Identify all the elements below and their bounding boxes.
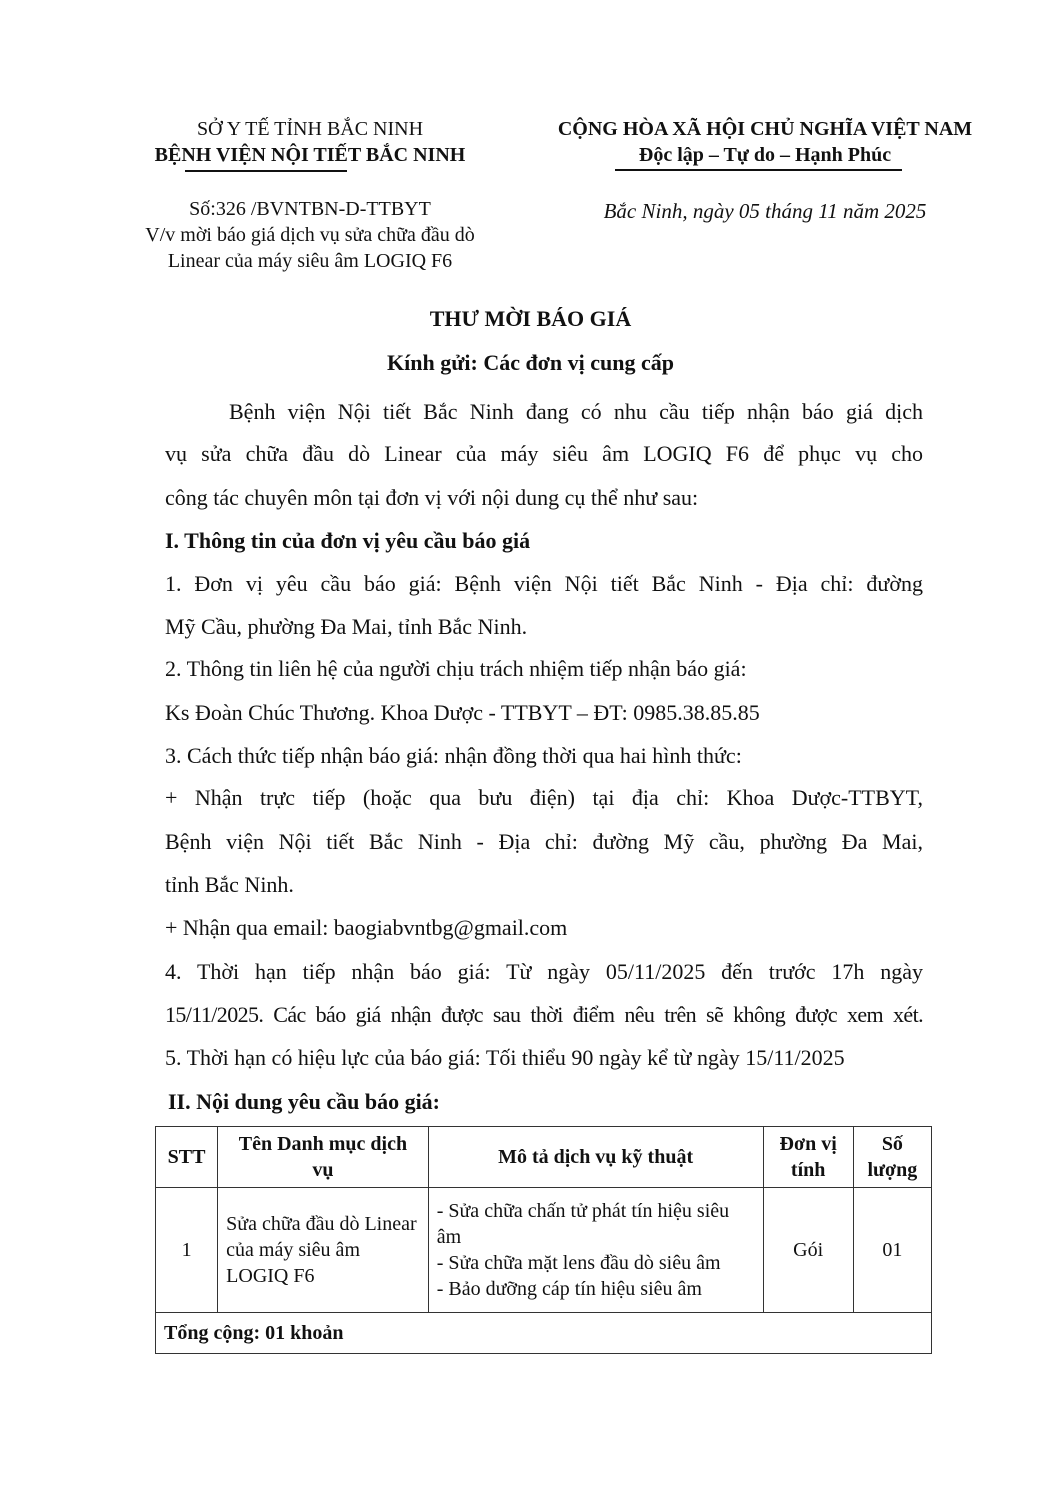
table-row: 1 Sửa chữa đầu dò Linear của máy siêu âm… xyxy=(156,1188,932,1313)
email-line: + Nhận qua email: baogiabvntbg@gmail.com xyxy=(165,914,923,942)
section-1-line: Mỹ Cầu, phường Đa Mai, tỉnh Bắc Ninh. xyxy=(165,613,923,641)
intro-line: Bệnh viện Nội tiết Bắc Ninh đang có nhu … xyxy=(229,398,923,426)
intro-line: công tác chuyên môn tại đơn vị với nội d… xyxy=(165,484,923,512)
section-1-line: tỉnh Bắc Ninh. xyxy=(165,871,923,899)
recipient-line: Kính gửi: Các đơn vị cung cấp xyxy=(0,350,1061,376)
section-1-line: + Nhận trực tiếp (hoặc qua bưu điện) tại… xyxy=(165,784,923,812)
agency-name: SỞ Y TẾ TỈNH BẮC NINH xyxy=(90,116,530,142)
document-title: THƯ MỜI BÁO GIÁ xyxy=(0,306,1061,332)
motto-underline xyxy=(615,169,902,171)
description-item: - Sửa chữa mặt lens đầu dò siêu âm xyxy=(437,1250,755,1276)
cell-total: Tổng cộng: 01 khoản xyxy=(156,1313,932,1354)
section-1-line: 15/11/2025. Các báo giá nhận được sau th… xyxy=(165,1001,923,1029)
document-number: Số:326 /BVNTBN-D-TTBYT xyxy=(90,196,530,222)
section-2-heading: II. Nội dung yêu cầu báo giá: xyxy=(168,1088,926,1116)
header-unit: Đơn vị tính xyxy=(763,1127,853,1188)
hospital-name: BỆNH VIỆN NỘI TIẾT BẮC NINH xyxy=(90,142,530,168)
header-stt: STT xyxy=(156,1127,218,1188)
header-description: Mô tả dịch vụ kỹ thuật xyxy=(428,1127,763,1188)
table-total-row: Tổng cộng: 01 khoản xyxy=(156,1313,932,1354)
country-name: CỘNG HÒA XÃ HỘI CHỦ NGHĨA VIỆT NAM xyxy=(505,116,1025,142)
section-1-line: 4. Thời hạn tiếp nhận báo giá: Từ ngày 0… xyxy=(165,958,923,986)
section-1-line: Bệnh viện Nội tiết Bắc Ninh - Địa chỉ: đ… xyxy=(165,828,923,856)
place-date: Bắc Ninh, ngày 05 tháng 11 năm 2025 xyxy=(505,198,1025,224)
contact-person: Ks Đoàn Chúc Thương. Khoa Dược - TTBYT –… xyxy=(165,699,923,727)
cell-stt: 1 xyxy=(156,1188,218,1313)
hospital-underline xyxy=(185,170,347,172)
section-1-line: 3. Cách thức tiếp nhận báo giá: nhận đồn… xyxy=(165,742,923,770)
header-service-name: Tên Danh mục dịch vụ xyxy=(218,1127,429,1188)
section-1-heading: I. Thông tin của đơn vị yêu cầu báo giá xyxy=(165,527,923,555)
cell-description: - Sửa chữa chấn tử phát tín hiệu siêu âm… xyxy=(428,1188,763,1313)
cell-service-name: Sửa chữa đầu dò Linear của máy siêu âm L… xyxy=(218,1188,429,1313)
subject-line-1: V/v mời báo giá dịch vụ sửa chữa đầu dò xyxy=(90,222,530,248)
subject-line-2: Linear của máy siêu âm LOGIQ F6 xyxy=(90,248,530,274)
section-1-line: 1. Đơn vị yêu cầu báo giá: Bệnh viện Nội… xyxy=(165,570,923,598)
quote-table: STT Tên Danh mục dịch vụ Mô tả dịch vụ k… xyxy=(155,1126,932,1354)
description-item: - Bảo dưỡng cáp tín hiệu siêu âm xyxy=(437,1276,755,1302)
table-header-row: STT Tên Danh mục dịch vụ Mô tả dịch vụ k… xyxy=(156,1127,932,1188)
cell-unit: Gói xyxy=(763,1188,853,1313)
national-motto: Độc lập – Tự do – Hạnh Phúc xyxy=(505,142,1025,168)
header-quantity: Số lượng xyxy=(853,1127,931,1188)
description-item: - Sửa chữa chấn tử phát tín hiệu siêu âm xyxy=(437,1198,755,1250)
cell-quantity: 01 xyxy=(853,1188,931,1313)
intro-line: vụ sửa chữa đầu dò Linear của máy siêu â… xyxy=(165,440,923,468)
section-1-line: 5. Thời hạn có hiệu lực của báo giá: Tối… xyxy=(165,1044,923,1072)
section-1-line: 2. Thông tin liên hệ của người chịu trác… xyxy=(165,655,923,683)
